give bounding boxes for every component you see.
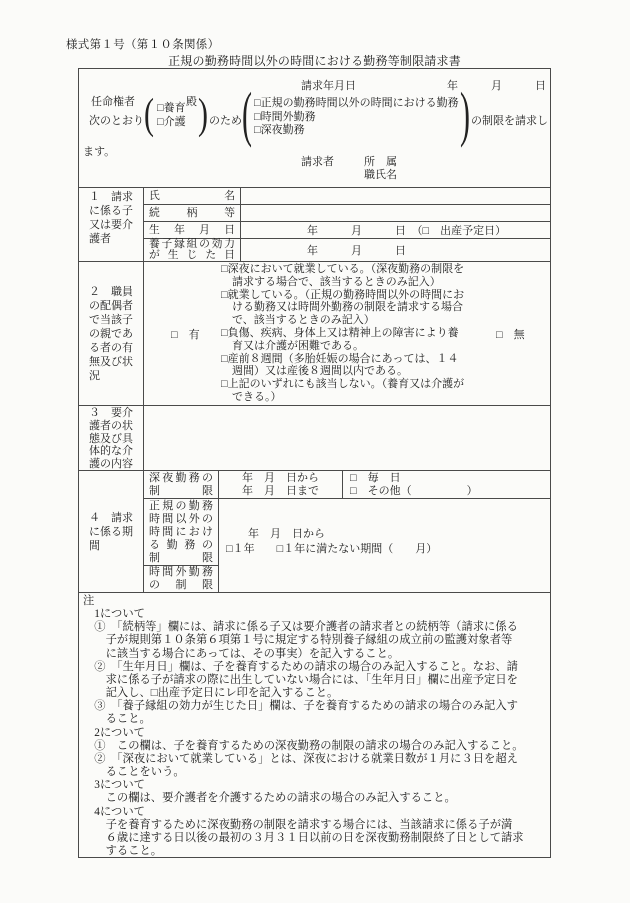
form-header-section: 請求年月日 年 月 日 任命権者 殿 次のとおり ( □養育 □介護 ) のため…: [79, 69, 550, 187]
late-night-period-field[interactable]: 年 月 日から 年 月 日まで: [219, 471, 343, 499]
birthdate-field[interactable]: 年 月 日 （□ 出産予定日）: [241, 222, 550, 239]
checkbox-working[interactable]: □就業している。（正規の勤務時間以外の時間にお ける勤務又は時間外勤務の制限を請…: [221, 289, 495, 327]
notes-text: 注 1について ① 「続柄等」欄には、請求に係る子又は要介護者の請求者との続柄等…: [79, 593, 550, 858]
late-night-restriction-label: 深夜勤務の 制限: [144, 471, 219, 499]
checkbox-restriction-options[interactable]: □正規の勤務時間以外の時間における勤務 □時間外勤務 □深夜勤務: [254, 97, 459, 138]
checkbox-maternity-period[interactable]: □産前８週間（多胎妊娠の場合にあっては、１４ 週間）又は産後８週間以内である。: [221, 353, 495, 379]
overtime-restriction-label: 時間外勤務 の制限: [144, 566, 219, 592]
name-field[interactable]: [241, 188, 550, 205]
intro-end: ます。: [83, 146, 115, 160]
bracket-open-icon: (: [242, 102, 252, 130]
bracket-close-icon: ): [198, 105, 208, 125]
relation-label: 続柄等: [144, 205, 241, 222]
row4-header: ４ 請求 に係る期 間: [79, 471, 144, 592]
care-condition-field[interactable]: [144, 406, 550, 470]
checkbox-care-type-options[interactable]: □養育 □介護: [157, 102, 186, 129]
appointer-honorific: 殿: [186, 96, 197, 110]
relation-field[interactable]: [241, 205, 550, 222]
form-table: 請求年月日 年 月 日 任命権者 殿 次のとおり ( □養育 □介護 ) のため…: [78, 68, 551, 858]
requester-label: 請求者: [301, 156, 334, 170]
intro-middle: のため: [209, 115, 242, 129]
adoption-date-label: 養子縁組の効力 が生じた日: [144, 239, 241, 261]
checkbox-spouse-yes[interactable]: □ 有: [171, 326, 200, 342]
spouse-status-options: □深夜において就業している。（深夜勤務の制限を 請求する場合で、該当するときのみ…: [221, 263, 495, 404]
adoption-date-field[interactable]: 年 月 日: [241, 239, 550, 261]
section-child-info: １ 請求 に係る子 又は要介 護者 氏名 続柄等 生年月日 年 月 日 （□ 出…: [79, 187, 550, 261]
row3-header: ３ 要介 護者の状 態及び具 体的な介 護の内容: [79, 406, 144, 470]
name-label: 氏名: [144, 188, 241, 205]
checkbox-none-of-above[interactable]: □上記のいずれにも該当しない。（養育又は介護が できる。）: [221, 378, 495, 404]
checkbox-late-night-frequency[interactable]: □ 毎 日 □ その他（ ）: [343, 471, 550, 499]
checkbox-night-working[interactable]: □深夜において就業している。（深夜勤務の制限を 請求する場合で、該当するときのみ…: [221, 263, 495, 289]
spouse-status-cell: □ 有 □深夜において就業している。（深夜勤務の制限を 請求する場合で、該当する…: [144, 262, 550, 405]
page-title: 正規の勤務時間以外の時間における勤務等制限請求書: [78, 52, 551, 69]
section-care-condition: ３ 要介 護者の状 態及び具 体的な介 護の内容: [79, 405, 550, 470]
checkbox-period-field[interactable]: 年 月 日から □１年 □１年に満たない期間（ 月）: [219, 499, 550, 592]
form-number: 様式第１号（第１０条関係）: [66, 36, 219, 52]
appointer-label: 任命権者: [91, 96, 135, 110]
checkbox-spouse-no[interactable]: □ 無: [496, 326, 525, 342]
section-notes: 注 1について ① 「続柄等」欄には、請求に係る子又は要介護者の請求者との続柄等…: [79, 592, 550, 857]
section-spouse-status: ２ 職員 の配偶者 で当該子 の親であ る者の有 無及び状 況 □ 有 □深夜に…: [79, 261, 550, 405]
bracket-open-icon: (: [144, 105, 154, 125]
intro-prefix: 次のとおり: [89, 115, 144, 129]
affiliation-field[interactable]: 所 属: [364, 156, 397, 170]
birthdate-label: 生年月日: [144, 222, 241, 239]
bracket-close-icon: ): [460, 102, 470, 130]
request-date-label: 請求年月日: [301, 80, 356, 94]
row2-header: ２ 職員 の配偶者 で当該子 の親であ る者の有 無及び状 況: [79, 262, 144, 405]
form-page: 様式第１号（第１０条関係） 正規の勤務時間以外の時間における勤務等制限請求書 請…: [0, 0, 630, 903]
checkbox-injury-illness[interactable]: □負傷、疾病、身体上又は精神上の障害により養 育又は介護が困難である。: [221, 327, 495, 353]
regular-hours-restriction-label: 正規の勤務 時間以外の 時間におけ る勤務の 制限: [144, 499, 219, 566]
row1-header: １ 請求 に係る子 又は要介 護者: [79, 188, 144, 261]
position-name-field[interactable]: 職氏名: [364, 169, 397, 183]
section-request-period: ４ 請求 に係る期 間 深夜勤務の 制限 年 月 日から 年 月 日まで □ 毎…: [79, 470, 550, 592]
intro-suffix: の制限を請求し: [471, 115, 548, 129]
